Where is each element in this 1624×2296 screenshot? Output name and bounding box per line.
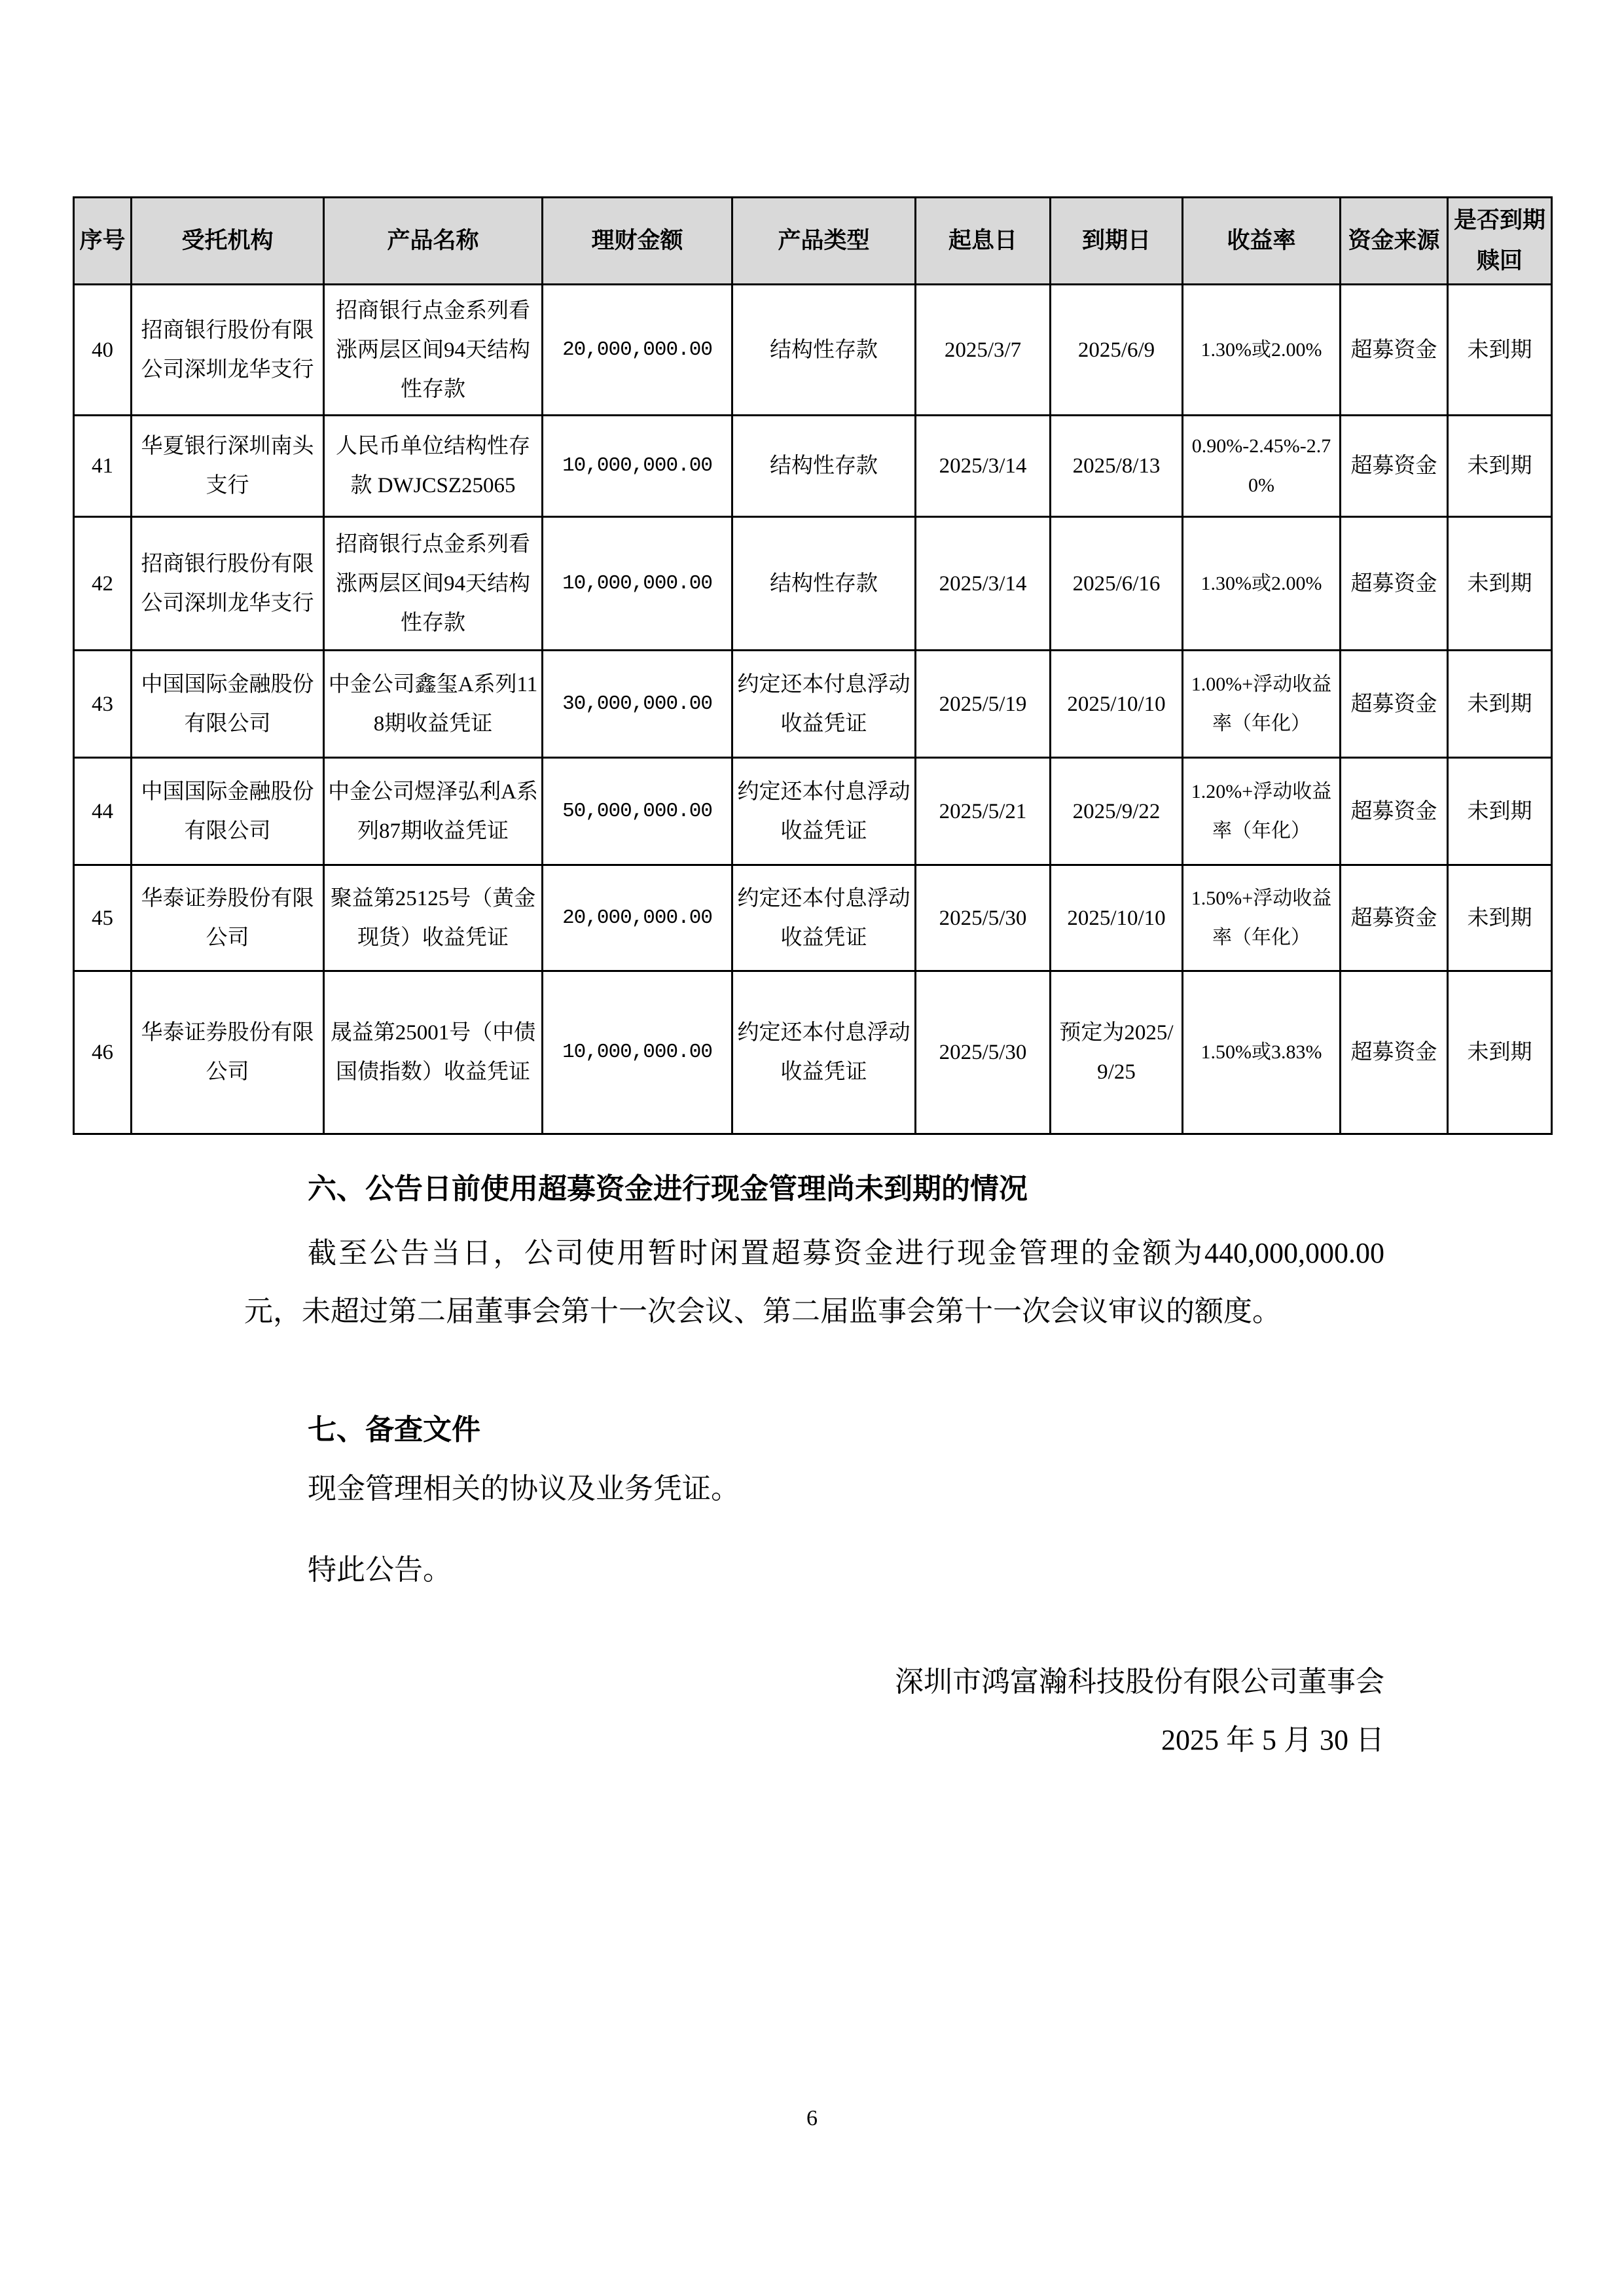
cell-rate: 1.20%+浮动收益率（年化） [1183,758,1341,865]
cell-type: 结构性存款 [732,285,916,416]
cell-institution: 招商银行股份有限公司深圳龙华支行 [132,285,324,416]
cell-institution: 华泰证券股份有限公司 [132,865,324,971]
cell-product: 招商银行点金系列看涨两层区间94天结构性存款 [324,285,543,416]
cell-product: 中金公司煜泽弘利A系列87期收益凭证 [324,758,543,865]
cell-no: 44 [74,758,132,865]
cell-amount: 10,000,000.00 [543,416,732,517]
cell-institution: 华夏银行深圳南头支行 [132,416,324,517]
cell-start-date: 2025/3/14 [916,517,1051,651]
cell-type: 结构性存款 [732,517,916,651]
table-row: 43 中国国际金融股份有限公司 中金公司鑫玺A系列118期收益凭证 30,000… [74,651,1552,758]
cell-start-date: 2025/3/7 [916,285,1051,416]
cell-start-date: 2025/5/21 [916,758,1051,865]
closing-statement: 特此公告。 [308,1556,452,1585]
cell-product: 人民币单位结构性存款 DWJCSZ25065 [324,416,543,517]
header-end-date: 到期日 [1051,198,1183,285]
cell-redeemed: 未到期 [1448,971,1552,1134]
cell-no: 42 [74,517,132,651]
section-6-heading: 六、公告日前使用超募资金进行现金管理尚未到期的情况 [308,1175,1028,1204]
cell-type: 约定还本付息浮动收益凭证 [732,651,916,758]
header-amount: 理财金额 [543,198,732,285]
cell-institution: 中国国际金融股份有限公司 [132,651,324,758]
header-redeemed: 是否到期赎回 [1448,198,1552,285]
cell-no: 41 [74,416,132,517]
header-institution: 受托机构 [132,198,324,285]
table-row: 46 华泰证券股份有限公司 晟益第25001号（中债国债指数）收益凭证 10,0… [74,971,1552,1134]
cell-institution: 华泰证券股份有限公司 [132,971,324,1134]
header-source: 资金来源 [1341,198,1448,285]
section-7-paragraph: 现金管理相关的协议及业务凭证。 [308,1475,740,1503]
section-7-heading: 七、备查文件 [308,1416,480,1444]
cell-type: 约定还本付息浮动收益凭证 [732,758,916,865]
cell-source: 超募资金 [1341,651,1448,758]
header-type: 产品类型 [732,198,916,285]
cell-institution: 招商银行股份有限公司深圳龙华支行 [132,517,324,651]
cell-amount: 20,000,000.00 [543,285,732,416]
cell-redeemed: 未到期 [1448,865,1552,971]
cell-start-date: 2025/3/14 [916,416,1051,517]
cell-redeemed: 未到期 [1448,651,1552,758]
cell-source: 超募资金 [1341,758,1448,865]
cell-start-date: 2025/5/19 [916,651,1051,758]
cell-product: 招商银行点金系列看涨两层区间94天结构性存款 [324,517,543,651]
cell-start-date: 2025/5/30 [916,865,1051,971]
cell-end-date: 2025/9/22 [1051,758,1183,865]
cell-type: 结构性存款 [732,416,916,517]
cell-source: 超募资金 [1341,416,1448,517]
document-page: 序号 受托机构 产品名称 理财金额 产品类型 起息日 到期日 收益率 资金来源 … [0,0,1624,2296]
table-row: 41 华夏银行深圳南头支行 人民币单位结构性存款 DWJCSZ25065 10,… [74,416,1552,517]
cell-rate: 1.00%+浮动收益率（年化） [1183,651,1341,758]
cell-end-date: 2025/8/13 [1051,416,1183,517]
cell-redeemed: 未到期 [1448,416,1552,517]
cell-no: 43 [74,651,132,758]
cell-end-date: 2025/10/10 [1051,651,1183,758]
cell-product: 聚益第25125号（黄金现货）收益凭证 [324,865,543,971]
cell-amount: 10,000,000.00 [543,971,732,1134]
signature-date: 2025 年 5 月 30 日 [785,1726,1384,1755]
header-rate: 收益率 [1183,198,1341,285]
cell-rate: 1.50%或3.83% [1183,971,1341,1134]
table-row: 44 中国国际金融股份有限公司 中金公司煜泽弘利A系列87期收益凭证 50,00… [74,758,1552,865]
cell-redeemed: 未到期 [1448,758,1552,865]
page-number: 6 [0,2106,1624,2131]
cell-source: 超募资金 [1341,865,1448,971]
cell-institution: 中国国际金融股份有限公司 [132,758,324,865]
cell-source: 超募资金 [1341,517,1448,651]
cell-rate: 1.30%或2.00% [1183,285,1341,416]
cell-start-date: 2025/5/30 [916,971,1051,1134]
cell-end-date: 2025/6/9 [1051,285,1183,416]
cell-redeemed: 未到期 [1448,285,1552,416]
cell-product: 中金公司鑫玺A系列118期收益凭证 [324,651,543,758]
header-start-date: 起息日 [916,198,1051,285]
cell-rate: 1.50%+浮动收益率（年化） [1183,865,1341,971]
cell-end-date: 预定为2025/9/25 [1051,971,1183,1134]
cell-amount: 30,000,000.00 [543,651,732,758]
cell-amount: 50,000,000.00 [543,758,732,865]
header-no: 序号 [74,198,132,285]
table-header-row: 序号 受托机构 产品名称 理财金额 产品类型 起息日 到期日 收益率 资金来源 … [74,198,1552,285]
table-row: 40 招商银行股份有限公司深圳龙华支行 招商银行点金系列看涨两层区间94天结构性… [74,285,1552,416]
signature-company: 深圳市鸿富瀚科技股份有限公司董事会 [785,1668,1384,1696]
cell-end-date: 2025/10/10 [1051,865,1183,971]
cell-source: 超募资金 [1341,285,1448,416]
table-row: 45 华泰证券股份有限公司 聚益第25125号（黄金现货）收益凭证 20,000… [74,865,1552,971]
cell-redeemed: 未到期 [1448,517,1552,651]
cell-no: 40 [74,285,132,416]
table-row: 42 招商银行股份有限公司深圳龙华支行 招商银行点金系列看涨两层区间94天结构性… [74,517,1552,651]
cell-product: 晟益第25001号（中债国债指数）收益凭证 [324,971,543,1134]
section-6-paragraph: 截至公告当日，公司使用暂时闲置超募资金进行现金管理的金额为440,000,000… [244,1224,1384,1340]
cell-amount: 10,000,000.00 [543,517,732,651]
cell-source: 超募资金 [1341,971,1448,1134]
cash-management-table: 序号 受托机构 产品名称 理财金额 产品类型 起息日 到期日 收益率 资金来源 … [73,196,1553,1135]
cell-no: 45 [74,865,132,971]
cell-type: 约定还本付息浮动收益凭证 [732,865,916,971]
cell-no: 46 [74,971,132,1134]
cell-rate: 1.30%或2.00% [1183,517,1341,651]
header-product: 产品名称 [324,198,543,285]
cell-amount: 20,000,000.00 [543,865,732,971]
cell-end-date: 2025/6/16 [1051,517,1183,651]
cell-type: 约定还本付息浮动收益凭证 [732,971,916,1134]
cell-rate: 0.90%-2.45%-2.70% [1183,416,1341,517]
